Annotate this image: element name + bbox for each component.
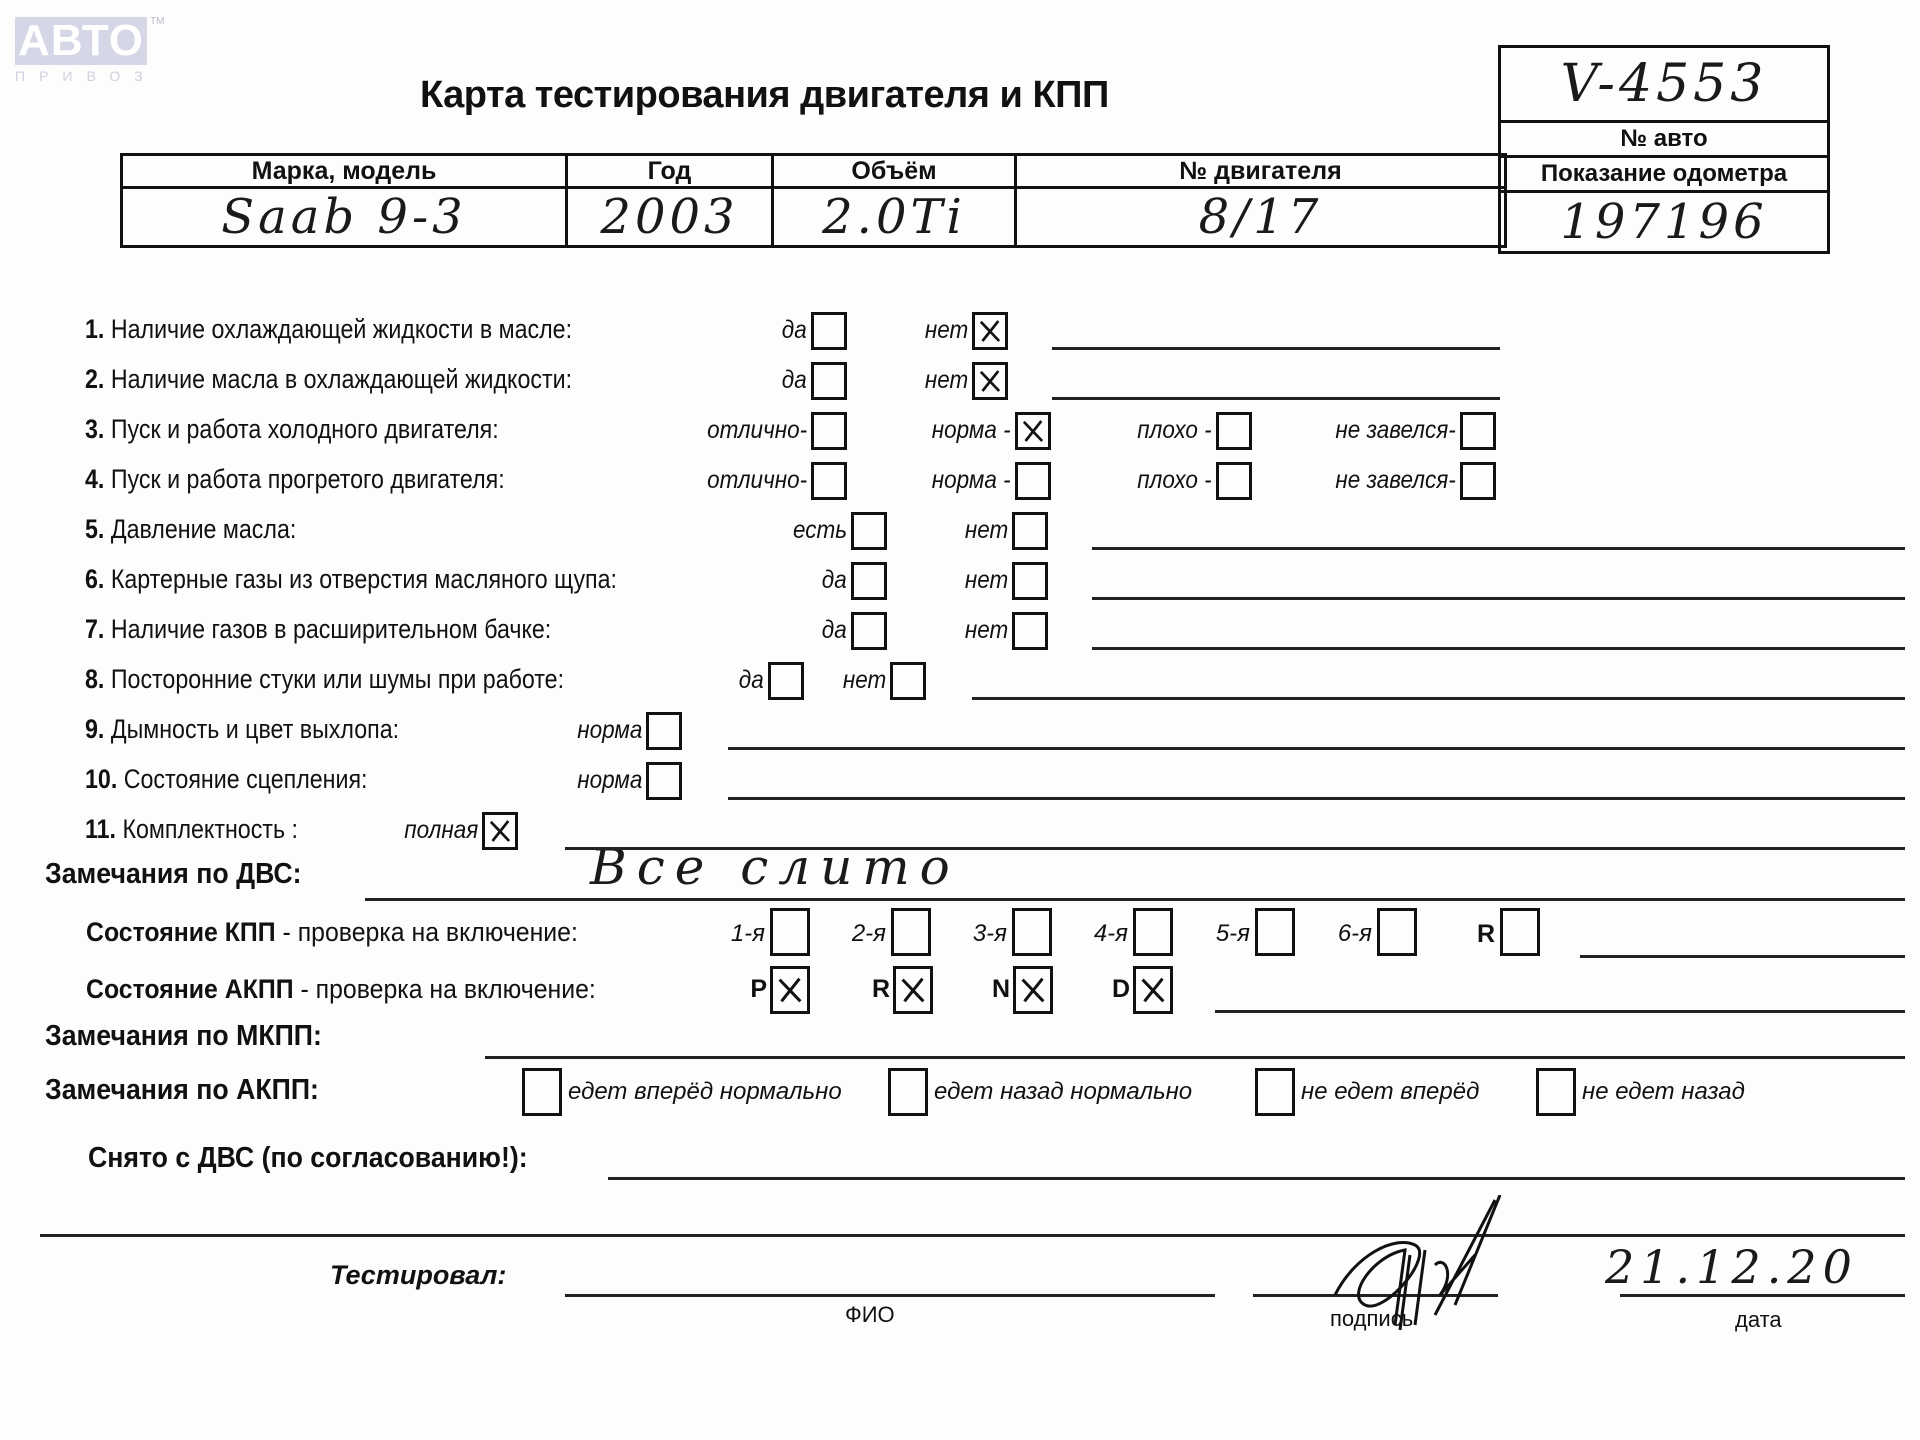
question-number: 11.: [85, 814, 116, 844]
question-text: Давление масла:: [111, 514, 296, 544]
checkbox-q2-opt2[interactable]: [972, 362, 1008, 400]
separator-line: [40, 1234, 1905, 1237]
remark-line-q11[interactable]: [565, 847, 1905, 850]
page-title: Карта тестирования двигателя и КПП: [420, 74, 1109, 117]
gear-label: 1-я: [731, 920, 765, 948]
removed-line: [608, 1177, 1905, 1180]
checkbox-auto-gear-p[interactable]: [770, 966, 810, 1014]
gear-label: 6-я: [1338, 920, 1372, 948]
gear-label: R: [872, 975, 890, 1004]
remark-line-q9[interactable]: [728, 747, 1905, 750]
auto-number-label: № авто: [1501, 123, 1827, 158]
question-number: 8.: [85, 664, 104, 694]
remark-line-q7[interactable]: [1092, 647, 1905, 650]
question-text: Пуск и работа прогретого двигателя:: [111, 464, 505, 494]
vehicle-info-table: Марка, модель Год Объём № двигателя Saab…: [120, 153, 1507, 248]
checkbox-q4-opt2[interactable]: [1015, 462, 1051, 500]
logo-subtitle: ПРИВОЗ: [15, 68, 157, 84]
checkbox-q7-opt1[interactable]: [851, 612, 887, 650]
option-label: норма: [577, 766, 642, 795]
question-2: 2. Наличие масла в охлаждающей жидкости:: [85, 364, 572, 395]
question-number: 1.: [85, 314, 104, 344]
checkbox-q6-opt1[interactable]: [851, 562, 887, 600]
checkbox-manual-gear-6[interactable]: [1377, 908, 1417, 956]
checkbox-manual-gear-4[interactable]: [1133, 908, 1173, 956]
question-text: Посторонние стуки или шумы при работе:: [111, 664, 564, 694]
manual-remarks-label: Замечания по МКПП:: [45, 1020, 322, 1053]
manual-gearbox-label: Состояние КПП - проверка на включение:: [86, 917, 578, 948]
tested-by-label: Тестировал:: [330, 1260, 506, 1291]
x-mark-icon: [896, 969, 930, 1011]
auto-remarks-label: Замечания по АКПП:: [45, 1074, 319, 1107]
question-1: 1. Наличие охлаждающей жидкости в масле:: [85, 314, 572, 345]
remark-line-q5[interactable]: [1092, 547, 1905, 550]
auto-remark-option-label: едет назад нормально: [934, 1078, 1192, 1106]
x-mark-icon: [975, 365, 1005, 397]
checkbox-q6-opt2[interactable]: [1012, 562, 1048, 600]
checkbox-auto-remark-4[interactable]: [1536, 1068, 1576, 1116]
x-mark-icon: [485, 815, 515, 847]
question-number: 9.: [85, 714, 104, 744]
checkbox-q10-opt1[interactable]: [646, 762, 682, 800]
x-mark-icon: [773, 969, 807, 1011]
checkbox-manual-gear-1[interactable]: [770, 908, 810, 956]
volume-value[interactable]: 2.0Ti: [822, 189, 966, 245]
gear-label: 3-я: [973, 920, 1007, 948]
auto-info-box: V-4553 № авто Показание одометра 197196: [1498, 45, 1830, 254]
remark-line-q10[interactable]: [728, 797, 1905, 800]
option-label: норма: [577, 716, 642, 745]
option-label: да: [822, 616, 847, 645]
gear-label: N: [992, 975, 1010, 1004]
option-label: плохо -: [1138, 416, 1212, 445]
x-mark-icon: [975, 315, 1005, 347]
option-label: да: [782, 366, 807, 395]
remark-line-q2[interactable]: [1052, 397, 1500, 400]
auto-remark-option-label: едет вперёд нормально: [568, 1078, 842, 1106]
engine-remarks-label: Замечания по ДВС:: [45, 858, 302, 891]
column-header-year: Год: [567, 155, 773, 188]
checkbox-q8-opt2[interactable]: [890, 662, 926, 700]
question-8: 8. Посторонние стуки или шумы при работе…: [85, 664, 564, 695]
checkbox-q9-opt1[interactable]: [646, 712, 682, 750]
checkbox-manual-gear-7[interactable]: [1500, 908, 1540, 956]
option-label: отлично-: [707, 416, 807, 445]
checkbox-auto-gear-d[interactable]: [1133, 966, 1173, 1014]
question-text: Наличие охлаждающей жидкости в масле:: [111, 314, 572, 344]
option-label: норма -: [932, 466, 1011, 495]
model-value[interactable]: Saab 9-3: [221, 189, 466, 245]
x-mark-icon: [1018, 415, 1048, 447]
option-label: отлично-: [707, 466, 807, 495]
odometer-label: Показание одометра: [1501, 158, 1827, 193]
checkbox-auto-remark-3[interactable]: [1255, 1068, 1295, 1116]
column-header-model: Марка, модель: [122, 155, 567, 188]
checkbox-q8-opt1[interactable]: [768, 662, 804, 700]
option-label: нет: [965, 616, 1008, 645]
option-label: не завелся-: [1336, 466, 1456, 495]
remark-line-q8[interactable]: [972, 697, 1905, 700]
date-caption: дата: [1735, 1307, 1782, 1333]
checkbox-manual-gear-3[interactable]: [1012, 908, 1052, 956]
engine-number-value[interactable]: 8/17: [1199, 189, 1323, 245]
checkbox-q1-opt1[interactable]: [811, 312, 847, 350]
gear-label: P: [750, 975, 767, 1004]
option-label: плохо -: [1138, 466, 1212, 495]
option-label: нет: [925, 316, 968, 345]
x-mark-icon: [1016, 969, 1050, 1011]
question-7: 7. Наличие газов в расширительном бачке:: [85, 614, 551, 645]
gear-label: 5-я: [1216, 920, 1250, 948]
checkbox-auto-gear-n[interactable]: [1013, 966, 1053, 1014]
auto-gearbox-label: Состояние АКПП - проверка на включение:: [86, 974, 596, 1005]
question-number: 2.: [85, 364, 104, 394]
auto-number-value[interactable]: V-4553: [1561, 54, 1768, 114]
signature-mark: [1325, 1195, 1525, 1335]
checkbox-q7-opt2[interactable]: [1012, 612, 1048, 650]
auto-remark-option-label: не едет вперёд: [1301, 1078, 1479, 1106]
gear-label: R: [1477, 920, 1495, 949]
checkbox-auto-remark-2[interactable]: [888, 1068, 928, 1116]
checkbox-q3-opt1[interactable]: [811, 412, 847, 450]
checkbox-q2-opt1[interactable]: [811, 362, 847, 400]
option-label: да: [822, 566, 847, 595]
question-text: Дымность и цвет выхлопа:: [111, 714, 399, 744]
question-11: 11. Комплектность :: [85, 814, 298, 845]
question-3: 3. Пуск и работа холодного двигателя:: [85, 414, 499, 445]
column-header-volume: Объём: [773, 155, 1016, 188]
option-label: есть: [793, 516, 847, 545]
date-value[interactable]: 21.12.20: [1605, 1240, 1858, 1294]
gear-label: 2-я: [852, 920, 886, 948]
remark-line-q6[interactable]: [1092, 597, 1905, 600]
checkbox-manual-gear-2[interactable]: [891, 908, 931, 956]
checkbox-q3-opt2[interactable]: [1015, 412, 1051, 450]
question-10: 10. Состояние сцепления:: [85, 764, 367, 795]
option-label: нет: [843, 666, 886, 695]
question-5: 5. Давление масла:: [85, 514, 296, 545]
gear-label: D: [1112, 975, 1130, 1004]
x-mark-icon: [1136, 969, 1170, 1011]
manual-remarks-line: [485, 1056, 1905, 1059]
question-number: 7.: [85, 614, 104, 644]
option-label: нет: [965, 516, 1008, 545]
question-text: Состояние сцепления:: [124, 764, 368, 794]
logo: АВТО: [15, 17, 147, 65]
manual-gearbox-line: [1580, 955, 1905, 958]
option-label: да: [739, 666, 764, 695]
question-9: 9. Дымность и цвет выхлопа:: [85, 714, 399, 745]
checkbox-q4-opt1[interactable]: [811, 462, 847, 500]
question-number: 3.: [85, 414, 104, 444]
option-label: да: [782, 316, 807, 345]
question-number: 5.: [85, 514, 104, 544]
checkbox-q5-opt1[interactable]: [851, 512, 887, 550]
question-number: 6.: [85, 564, 104, 594]
option-label: нет: [965, 566, 1008, 595]
fio-line[interactable]: [565, 1294, 1215, 1297]
removed-label: Снято с ДВС (по согласованию!):: [88, 1142, 528, 1175]
question-text: Наличие газов в расширительном бачке:: [111, 614, 551, 644]
question-number: 4.: [85, 464, 104, 494]
option-label: нет: [925, 366, 968, 395]
checkbox-q11-opt1[interactable]: [482, 812, 518, 850]
checkbox-auto-gear-r[interactable]: [893, 966, 933, 1014]
checkbox-q3-opt4[interactable]: [1460, 412, 1496, 450]
option-label: не завелся-: [1336, 416, 1456, 445]
year-value[interactable]: 2003: [600, 189, 738, 245]
date-line[interactable]: [1620, 1294, 1905, 1297]
engine-remarks-line: [365, 898, 1905, 901]
odometer-value[interactable]: 197196: [1560, 194, 1767, 250]
checkbox-auto-remark-1[interactable]: [522, 1068, 562, 1116]
checkbox-q1-opt2[interactable]: [972, 312, 1008, 350]
checkbox-manual-gear-5[interactable]: [1255, 908, 1295, 956]
question-text: Наличие масла в охлаждающей жидкости:: [111, 364, 572, 394]
logo-trademark: TM: [150, 16, 164, 27]
checkbox-q4-opt4[interactable]: [1460, 462, 1496, 500]
question-text: Пуск и работа холодного двигателя:: [111, 414, 499, 444]
question-number: 10.: [85, 764, 117, 794]
remark-line-q1[interactable]: [1052, 347, 1500, 350]
question-6: 6. Картерные газы из отверстия масляного…: [85, 564, 617, 595]
question-text: Комплектность :: [122, 814, 297, 844]
option-label: полная: [404, 816, 478, 845]
auto-gearbox-line: [1215, 1010, 1905, 1013]
gear-label: 4-я: [1094, 920, 1128, 948]
option-label: норма -: [932, 416, 1011, 445]
question-text: Картерные газы из отверстия масляного щу…: [111, 564, 617, 594]
checkbox-q4-opt3[interactable]: [1216, 462, 1252, 500]
column-header-engine-number: № двигателя: [1016, 155, 1506, 188]
fio-caption: ФИО: [845, 1302, 895, 1328]
auto-remark-option-label: не едет назад: [1582, 1078, 1745, 1106]
question-4: 4. Пуск и работа прогретого двигателя:: [85, 464, 505, 495]
checkbox-q5-opt2[interactable]: [1012, 512, 1048, 550]
checkbox-q3-opt3[interactable]: [1216, 412, 1252, 450]
